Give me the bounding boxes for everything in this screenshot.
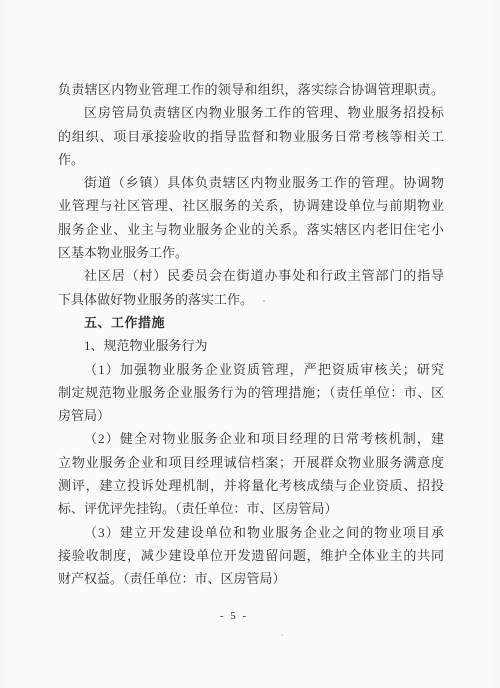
text-line: 区基本物业服务工作。 [58, 241, 444, 264]
text-line: 负责辖区内物业管理工作的领导和组织，落实综合协调管理职责。 [58, 78, 444, 101]
text-line: 业管理与社区管理、社区服务的关系，协调建设单位与前期物业 [58, 194, 444, 217]
text-line: （1）加强物业服务企业资质管理，严把资质审核关；研究 [58, 358, 444, 381]
text-lines: 负责辖区内物业管理工作的领导和组织，落实综合协调管理职责。区房管局负责辖区内物业… [58, 78, 444, 591]
text-line: 测评，建立投诉处理机制，并将量化考核成绩与企业资质、招投 [58, 474, 444, 497]
text-line: 财产权益。（责任单位：市、区房管局） [58, 567, 444, 590]
text-line: 1、规范物业服务行为 [58, 334, 444, 357]
text-line: 区房管局负责辖区内物业服务工作的管理、物业服务招投标 [58, 101, 444, 124]
text-line: 立物业服务企业和项目经理诚信档案；开展群众物业服务满意度 [58, 451, 444, 474]
document-page: 负责辖区内物业管理工作的领导和组织，落实综合协调管理职责。区房管局负责辖区内物业… [0, 0, 500, 688]
page-number: - 5 - [41, 606, 427, 626]
scan-speck [263, 300, 265, 302]
page-content: 负责辖区内物业管理工作的领导和组织，落实综合协调管理职责。区房管局负责辖区内物业… [58, 78, 444, 591]
text-line: 接验收制度，减少建设单位开发遗留问题，维护全体业主的共同 [58, 544, 444, 567]
text-line: 社区居（村）民委员会在街道办事处和行政主管部门的指导 [58, 264, 444, 287]
section-heading: 五、工作措施 [58, 311, 444, 334]
text-line: 作。 [58, 148, 444, 171]
scan-speck [281, 634, 283, 636]
text-line: 下具体做好物业服务的落实工作。 [58, 288, 444, 311]
text-line: （2）健全对物业服务企业和项目经理的日常考核机制，建 [58, 427, 444, 450]
text-line: 的组织、项目承接验收的指导监督和物业服务日常考核等相关工 [58, 125, 444, 148]
text-line: 制定规范物业服务企业服务行为的管理措施；（责任单位：市、区 [58, 381, 444, 404]
text-line: （3）建立开发建设单位和物业服务企业之间的物业项目承 [58, 521, 444, 544]
text-line: 标、评优评先挂钩。（责任单位：市、区房管局） [58, 497, 444, 520]
text-line: 街道（乡镇）具体负责辖区内物业服务工作的管理。协调物 [58, 171, 444, 194]
text-line: 房管局） [58, 404, 444, 427]
text-line: 服务企业、业主与物业服务企业的关系。落实辖区内老旧住宅小 [58, 218, 444, 241]
